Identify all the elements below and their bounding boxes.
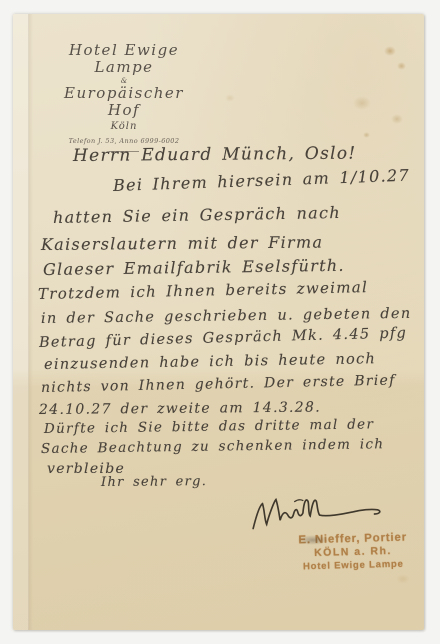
letter-line: nichts von Ihnen gehört. Der erste Brief <box>41 373 396 396</box>
letter-line: 24.10.27 der zweite am 14.3.28. <box>39 400 321 418</box>
letter-line: Sache Beachtung zu schenken indem ich <box>41 436 385 457</box>
letter-paper: Hotel Ewige Lampe & Europäischer Hof Köl… <box>13 14 424 630</box>
letter-line: Trotzdem ich Ihnen bereits zweimal <box>38 278 368 303</box>
ink-smudge <box>298 535 328 545</box>
letter-line: Bei Ihrem hiersein am 1/10.27 <box>113 166 411 195</box>
letter-line: Glaeser Emailfabrik Eselsfürth. <box>43 256 345 279</box>
letter-line: Ihr sehr erg. <box>101 474 207 490</box>
letter-line: einzusenden habe ich bis heute noch <box>44 351 376 373</box>
letter-line: Betrag für dieses Gespräch Mk. 4.45 pfg <box>39 325 408 351</box>
letter-line: in der Sache geschrieben u. gebeten den <box>41 306 412 327</box>
letter-line: Dürfte ich Sie bitte das dritte mal der <box>44 416 374 437</box>
letter-line: Kaiserslautern mit der Firma <box>41 233 323 254</box>
scanned-letter-page: { "colors": { "scan_background": "#f4f4f… <box>0 0 440 644</box>
letter-line: hatten Sie ein Gespräch nach <box>53 203 341 227</box>
stamp-city-line: KÖLN a. Rh. <box>279 544 427 560</box>
signature-scrawl <box>249 492 389 536</box>
letter-line: Herrn Eduard Münch, Oslo! <box>73 144 357 166</box>
